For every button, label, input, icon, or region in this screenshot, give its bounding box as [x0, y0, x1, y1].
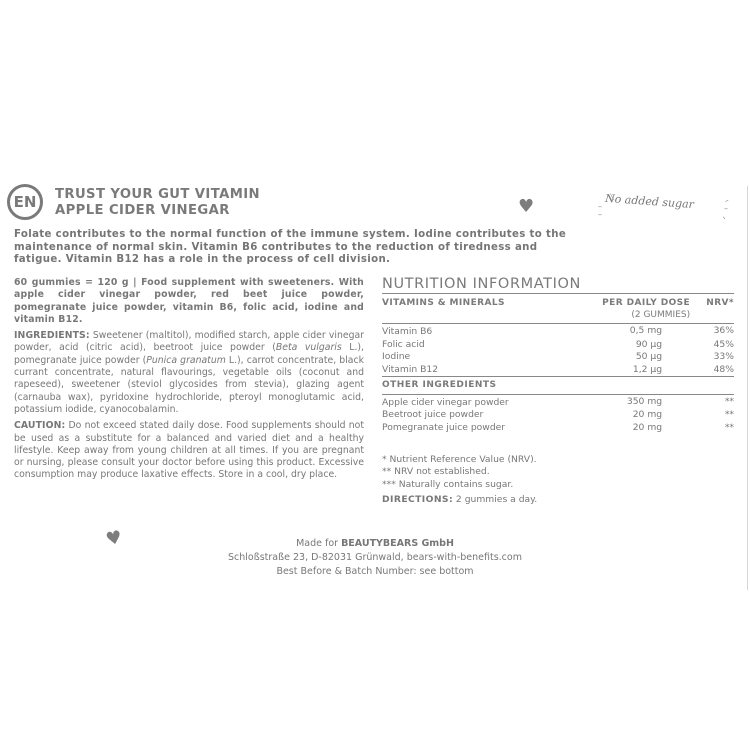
table-row: Pomegranate juice powder20 mg**	[382, 422, 734, 435]
sparkle-icon: –	[724, 205, 728, 213]
product-details: 60 gummies = 120 g | Food supplement wit…	[14, 277, 364, 486]
cell-nrv: 45%	[690, 339, 734, 352]
cell-name: Pomegranate juice powder	[382, 422, 551, 435]
header-nrv: NRV*	[690, 294, 734, 324]
cell-name: Apple cider vinegar powder	[382, 394, 551, 409]
footnote: *** Naturally contains sugar.	[382, 479, 734, 491]
cell-dose: 90 µg	[551, 339, 690, 352]
right-edge-divider	[747, 186, 748, 590]
no-added-sugar-label: No added sugar	[605, 192, 695, 211]
caution-text: CAUTION: Do not exceed stated daily dose…	[14, 420, 364, 481]
table-row: Apple cider vinegar powder350 mg**	[382, 394, 734, 409]
cell-nrv: **	[690, 394, 734, 409]
product-summary: 60 gummies = 120 g | Food supplement wit…	[14, 277, 364, 326]
address-line: Schloßstraße 23, D-82031 Grünwald, bears…	[0, 551, 750, 565]
cell-dose: 20 mg	[551, 409, 690, 422]
manufacturer-info: Made for BEAUTYBEARS GmbH Schloßstraße 2…	[0, 537, 750, 579]
table-header-row: VITAMINS & MINERALS PER DAILY DOSE(2 GUM…	[382, 294, 734, 324]
cell-name: Vitamin B12	[382, 364, 551, 377]
product-title-line2: APPLE CIDER VINEGAR	[55, 203, 260, 219]
cell-nrv: 33%	[690, 351, 734, 364]
cell-nrv: **	[690, 422, 734, 435]
table-row: Iodine50 µg33%	[382, 351, 734, 364]
cell-dose: 1,2 µg	[551, 364, 690, 377]
table-row: Beetroot juice powder20 mg**	[382, 409, 734, 422]
header-daily-dose: PER DAILY DOSE(2 GUMMIES)	[551, 294, 690, 324]
header-vitamins: VITAMINS & MINERALS	[382, 294, 551, 324]
health-claims: Folate contributes to the normal functio…	[14, 229, 574, 267]
best-before-line: Best Before & Batch Number: see bottom	[0, 565, 750, 579]
cell-name: Beetroot juice powder	[382, 409, 551, 422]
cell-nrv: **	[690, 409, 734, 422]
caution-label: CAUTION:	[14, 420, 65, 431]
footnote: ** NRV not established.	[382, 466, 734, 478]
nutrition-title: NUTRITION INFORMATION	[382, 276, 734, 293]
nutrition-table: VITAMINS & MINERALS PER DAILY DOSE(2 GUM…	[382, 293, 734, 434]
directions: DIRECTIONS: 2 gummies a day.	[382, 494, 734, 505]
sparkle-icon: –	[598, 211, 602, 219]
cell-nrv: 36%	[690, 324, 734, 339]
table-row: Vitamin B121,2 µg48%	[382, 364, 734, 377]
cell-dose: 350 mg	[551, 394, 690, 409]
cell-dose: 20 mg	[551, 422, 690, 435]
table-row: Folic acid90 µg45%	[382, 339, 734, 352]
other-ingredients-heading: OTHER INGREDIENTS	[382, 377, 734, 395]
cell-name: Vitamin B6	[382, 324, 551, 339]
nutrition-panel: NUTRITION INFORMATION VITAMINS & MINERAL…	[382, 276, 734, 505]
footnote: * Nutrient Reference Value (NRV).	[382, 454, 734, 466]
sparkle-icon: –	[720, 214, 729, 222]
ingredients-label: INGREDIENTS:	[14, 330, 90, 341]
made-for-line: Made for BEAUTYBEARS GmbH	[0, 537, 750, 551]
heart-icon: ♥	[518, 198, 534, 216]
product-title: TRUST YOUR GUT VITAMIN APPLE CIDER VINEG…	[55, 187, 260, 219]
cell-dose: 50 µg	[551, 351, 690, 364]
cell-name: Iodine	[382, 351, 551, 364]
table-row: Vitamin B60,5 mg36%	[382, 324, 734, 339]
cell-name: Folic acid	[382, 339, 551, 352]
footnotes: * Nutrient Reference Value (NRV). ** NRV…	[382, 454, 734, 491]
language-badge: EN	[7, 184, 43, 220]
cell-nrv: 48%	[690, 364, 734, 377]
cell-dose: 0,5 mg	[551, 324, 690, 339]
product-title-line1: TRUST YOUR GUT VITAMIN	[55, 187, 260, 203]
ingredients-text: INGREDIENTS: Sweetener (maltitol), modif…	[14, 330, 364, 416]
